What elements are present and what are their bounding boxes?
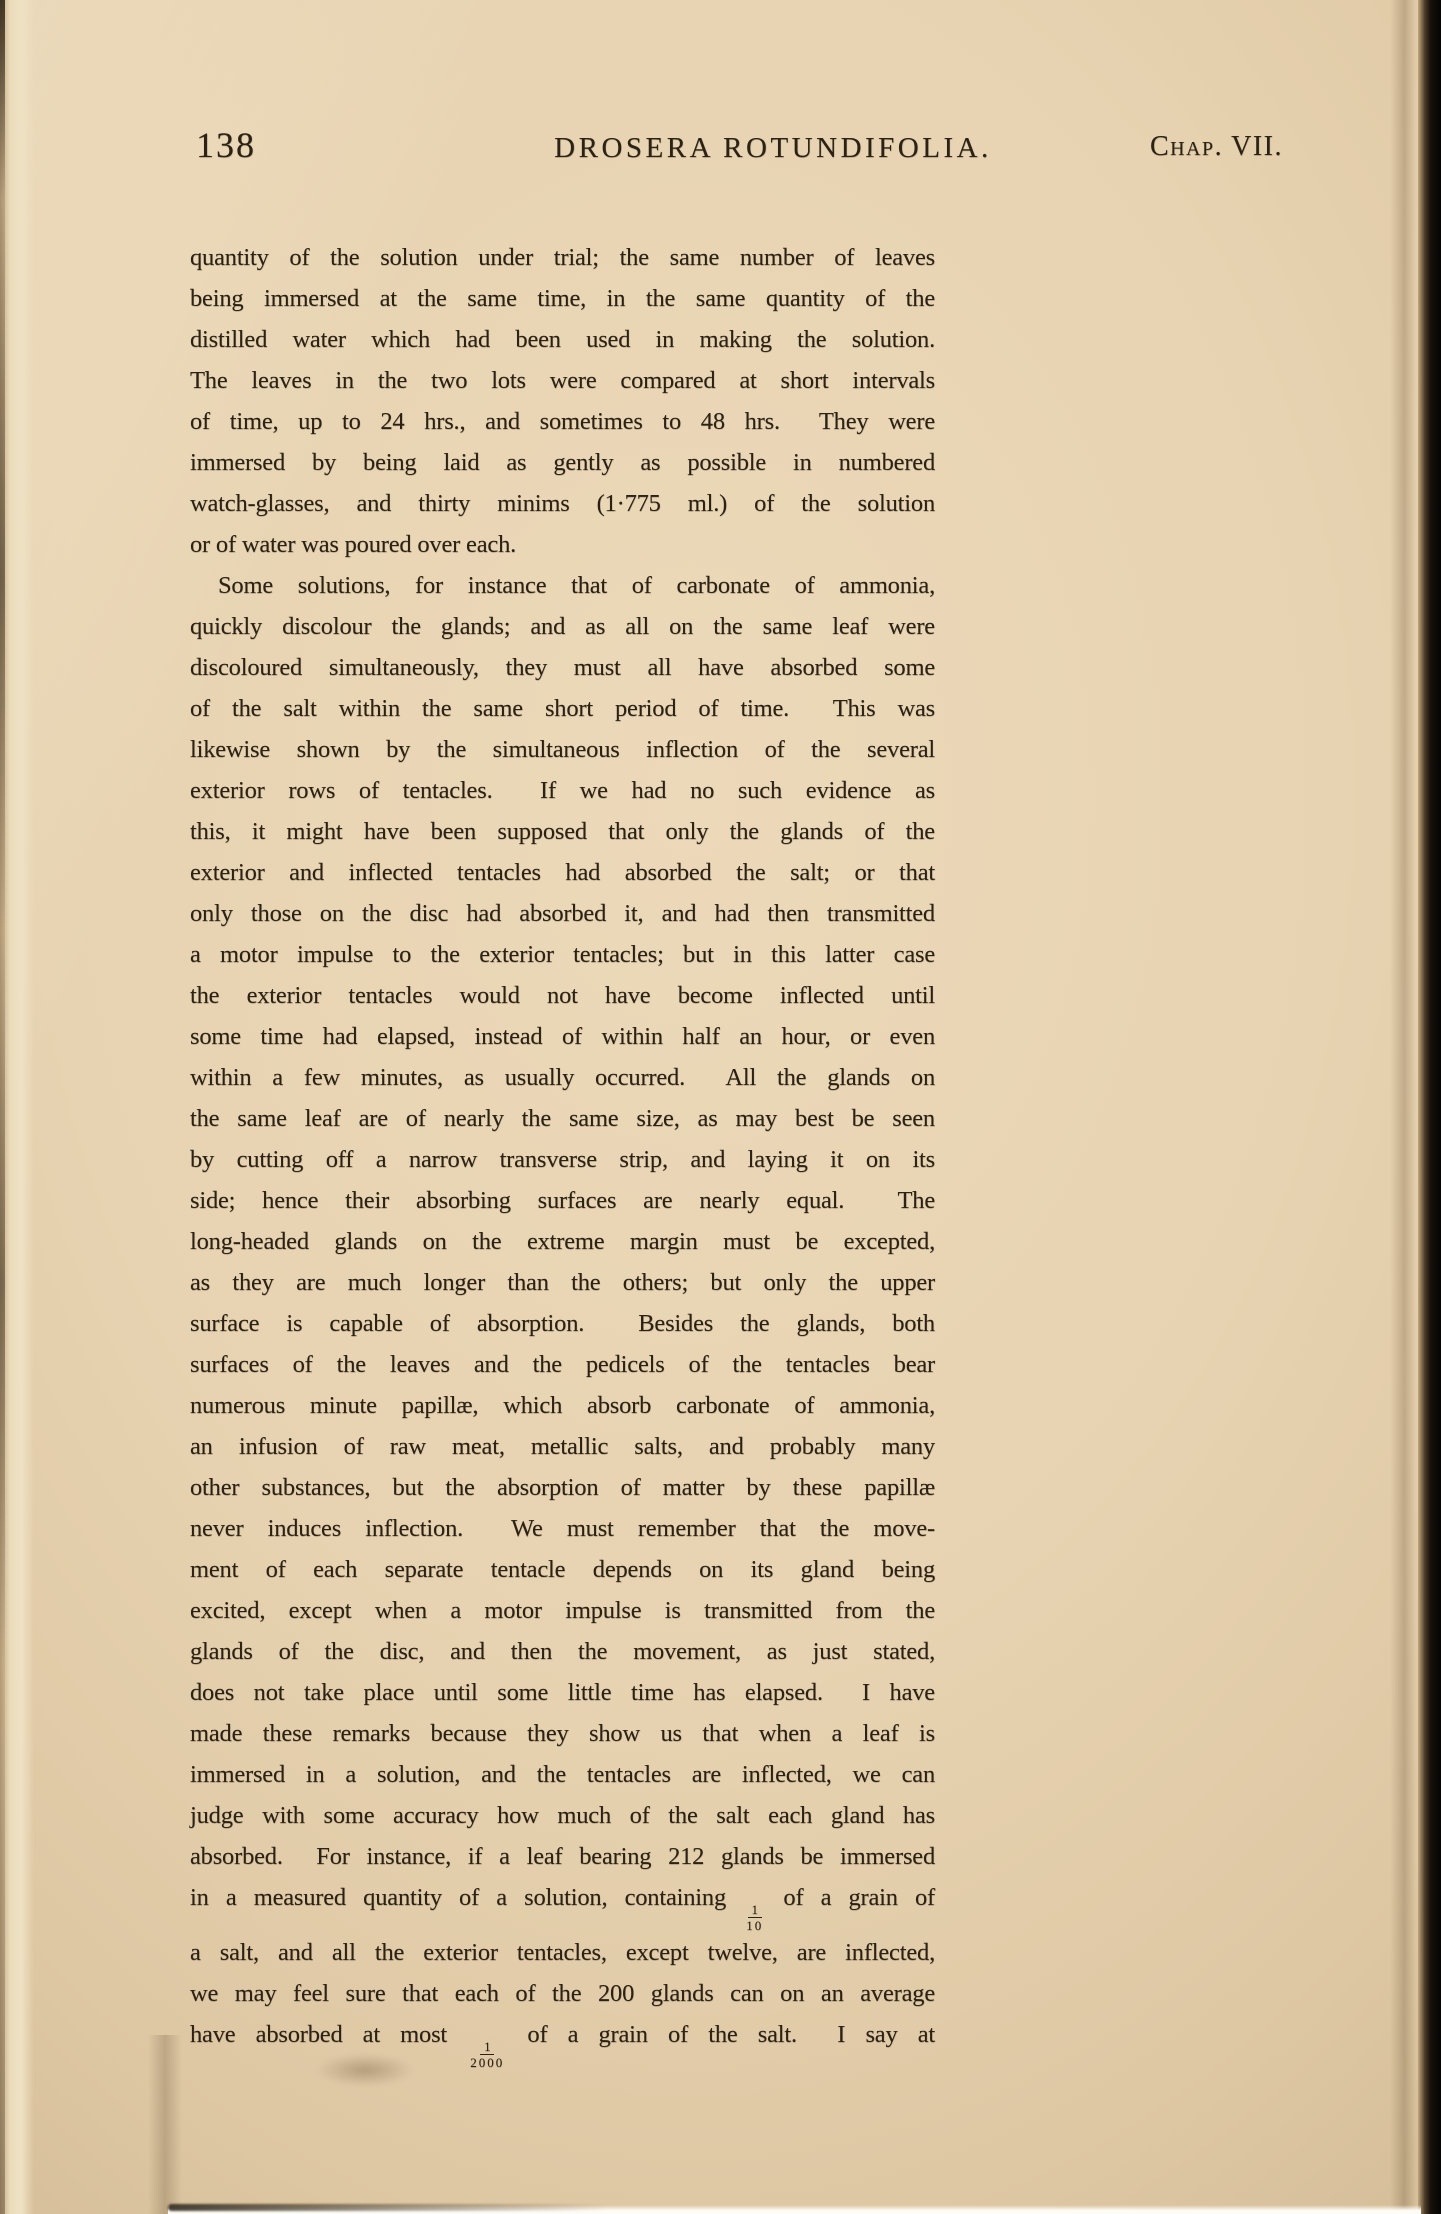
- text-line: excited, except when a motor impulse is …: [190, 1590, 935, 1631]
- text-line: an infusion of raw meat, metallic salts,…: [190, 1426, 935, 1467]
- text-line: Some solutions, for instance that of car…: [190, 565, 935, 606]
- text-line: discoloured simultaneously, they must al…: [190, 647, 935, 688]
- text-line: glands of the disc, and then the movemen…: [190, 1631, 935, 1672]
- text-line: some time had elapsed, instead of within…: [190, 1016, 935, 1057]
- text-line: does not take place until some little ti…: [190, 1672, 935, 1713]
- text-line: absorbed. For instance, if a leaf bearin…: [190, 1836, 935, 1877]
- text-line: judge with some accuracy how much of the…: [190, 1795, 935, 1836]
- text-line: side; hence their absorbing surfaces are…: [190, 1180, 935, 1221]
- text-line: immersed by being laid as gently as poss…: [190, 442, 935, 483]
- text-line: have absorbed at most 12000 of a grain o…: [190, 2014, 935, 2069]
- text-line: within a few minutes, as usually occurre…: [190, 1057, 935, 1098]
- text-line: as they are much longer than the others;…: [190, 1262, 935, 1303]
- text-line: quantity of the solution under trial; th…: [190, 237, 935, 278]
- text-line: exterior and inflected tentacles had abs…: [190, 852, 935, 893]
- text-line: exterior rows of tentacles. If we had no…: [190, 770, 935, 811]
- paragraph: quantity of the solution under trial; th…: [190, 237, 935, 565]
- page-left-deckle-edge: [0, 0, 34, 2214]
- text-line: of time, up to 24 hrs., and sometimes to…: [190, 401, 935, 442]
- text-line: made these remarks because they show us …: [190, 1713, 935, 1754]
- text-line: only those on the disc had absorbed it, …: [190, 893, 935, 934]
- text-line: The leaves in the two lots were compared…: [190, 360, 935, 401]
- text-line: quickly discolour the glands; and as all…: [190, 606, 935, 647]
- bottom-ink-smudge: [168, 2204, 608, 2211]
- text-line: numerous minute papillæ, which absorb ca…: [190, 1385, 935, 1426]
- scanned-book-page: 138 DROSERA ROTUNDIFOLIA. Chap. VII. qua…: [0, 0, 1441, 2214]
- text-line: we may feel sure that each of the 200 gl…: [190, 1973, 935, 2014]
- text-line: likewise shown by the simultaneous infle…: [190, 729, 935, 770]
- text-line: long-headed glands on the extreme margin…: [190, 1221, 935, 1262]
- text-line: watch-glasses, and thirty minims (1·775 …: [190, 483, 935, 524]
- text-line: or of water was poured over each.: [190, 524, 935, 565]
- text-line: the exterior tentacles would not have be…: [190, 975, 935, 1016]
- text-line: other substances, but the absorption of …: [190, 1467, 935, 1508]
- text-line: this, it might have been supposed that o…: [190, 811, 935, 852]
- page-right-dark-edge: [1418, 0, 1441, 2214]
- text-line: the same leaf are of nearly the same siz…: [190, 1098, 935, 1139]
- text-line: of the salt within the same short period…: [190, 688, 935, 729]
- text-line: never induces inflection. We must rememb…: [190, 1508, 935, 1549]
- paragraph: Some solutions, for instance that of car…: [190, 565, 935, 2069]
- bottom-fold-shadow: [148, 2035, 182, 2214]
- page-body-text: quantity of the solution under trial; th…: [190, 237, 935, 2069]
- text-line: being immersed at the same time, in the …: [190, 278, 935, 319]
- text-line: by cutting off a narrow transverse strip…: [190, 1139, 935, 1180]
- running-title: DROSERA ROTUNDIFOLIA.: [554, 132, 992, 165]
- text-line: a motor impulse to the exterior tentacle…: [190, 934, 935, 975]
- text-line: distilled water which had been used in m…: [190, 319, 935, 360]
- page-left-edge-line: [0, 0, 5, 2214]
- text-line: ment of each separate tentacle depends o…: [190, 1549, 935, 1590]
- text-line: in a measured quantity of a solution, co…: [190, 1877, 935, 1932]
- fraction: 110: [746, 1904, 763, 1932]
- page-right-crease: [1390, 0, 1416, 2214]
- page-number: 138: [196, 124, 256, 166]
- text-line: surfaces of the leaves and the pedicels …: [190, 1344, 935, 1385]
- text-line: immersed in a solution, and the tentacle…: [190, 1754, 935, 1795]
- fraction: 12000: [470, 2041, 504, 2069]
- text-line: surface is capable of absorption. Beside…: [190, 1303, 935, 1344]
- chapter-label: Chap. VII.: [1150, 131, 1283, 163]
- text-line: a salt, and all the exterior tentacles, …: [190, 1932, 935, 1973]
